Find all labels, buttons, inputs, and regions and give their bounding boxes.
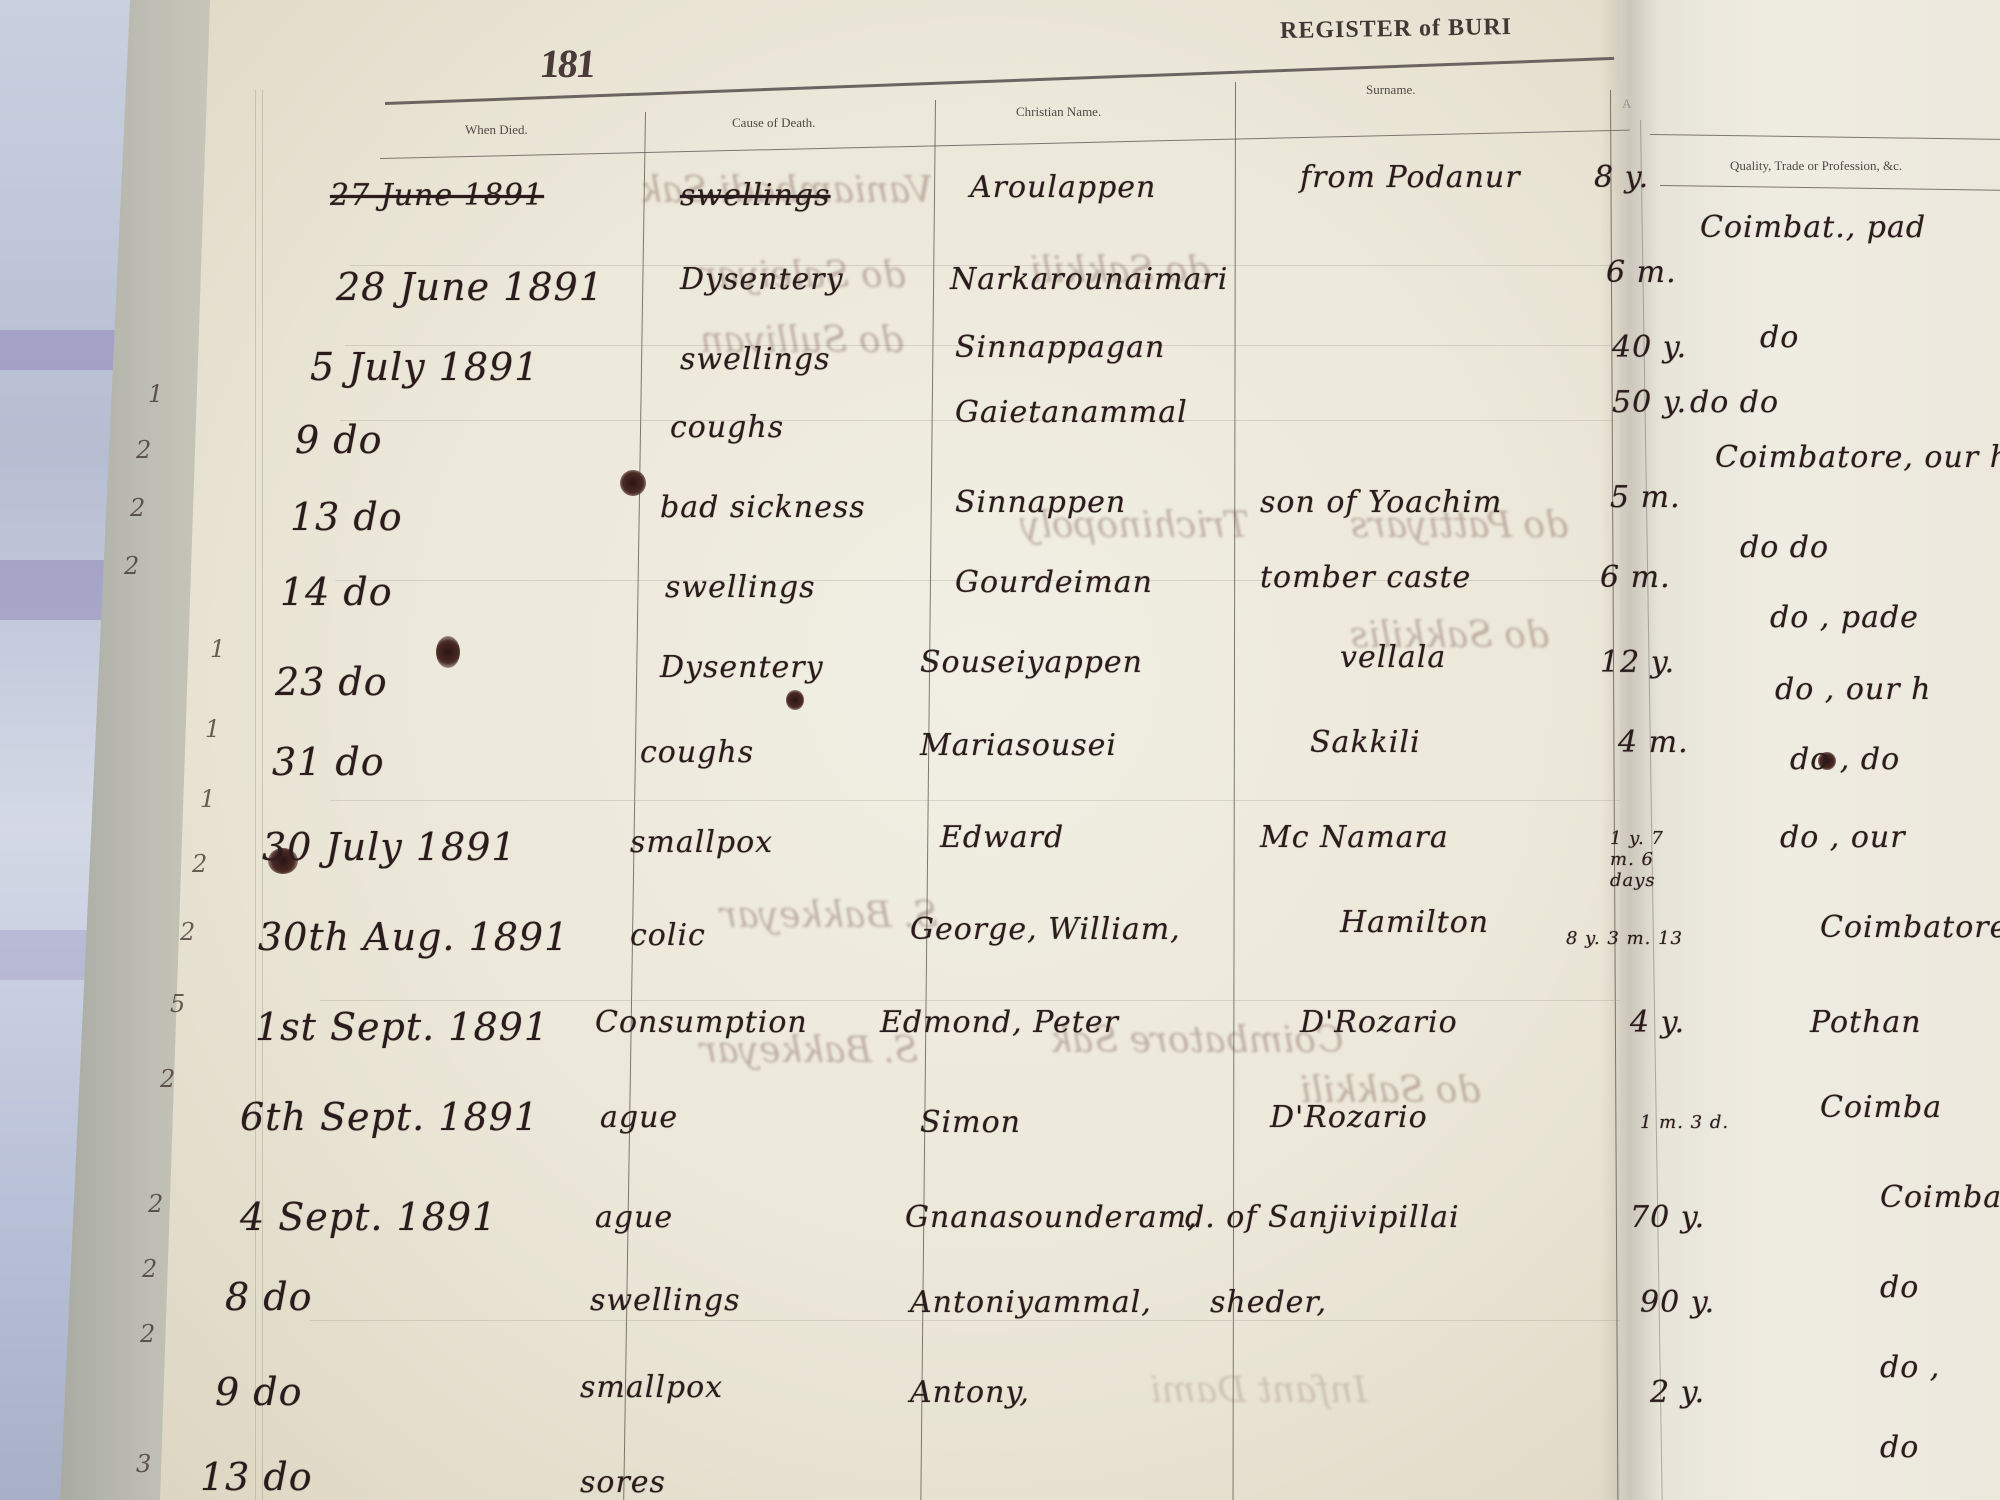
page-number: 181 xyxy=(538,40,597,87)
margin-number: 2 xyxy=(130,494,145,522)
entry-cause: ague xyxy=(595,1200,673,1235)
entry-surname: d. of Sanjivipillai xyxy=(1185,1200,1460,1235)
entry-cause: coughs xyxy=(670,410,784,445)
entry-christian-name: Gourdeiman xyxy=(955,565,1153,600)
entry-quality: do do xyxy=(1740,530,1829,565)
entry-age: 8 y. xyxy=(1594,160,1649,195)
entry-surname: Mc Namara xyxy=(1260,820,1449,855)
entry-surname: D'Rozario xyxy=(1270,1100,1428,1135)
entry-cause: swellings xyxy=(590,1283,741,1318)
entry-cause: Consumption xyxy=(595,1005,808,1040)
entry-cause: colic xyxy=(630,918,706,953)
ink-blot xyxy=(620,470,646,496)
entry-cause: smallpox xyxy=(630,825,773,860)
margin-number: 2 xyxy=(180,918,195,946)
entry-date: 1st Sept. 1891 xyxy=(255,1005,549,1049)
entry-age: 6 m. xyxy=(1606,255,1677,290)
margin-number: 1 xyxy=(200,785,215,813)
entry-cause: ague xyxy=(600,1100,678,1135)
entry-surname: Hamilton xyxy=(1340,905,1489,940)
entry-age: 8 y. 3 m. 13 xyxy=(1566,928,1683,949)
entry-age: 90 y. xyxy=(1640,1285,1715,1320)
entry-surname: son of Yoachim xyxy=(1260,485,1502,520)
entry-quality: Coimbatore, our h xyxy=(1715,440,2000,475)
entry-surname: from Podanur xyxy=(1300,160,1521,195)
entry-quality: Pothan xyxy=(1810,1005,1922,1040)
margin-number: 2 xyxy=(140,1320,155,1348)
margin-number: 2 xyxy=(136,436,151,464)
margin-number: 2 xyxy=(192,850,207,878)
entry-age: 40 y. xyxy=(1612,330,1687,365)
entry-date: 14 do xyxy=(280,570,393,614)
entry-quality: Coimba xyxy=(1820,1090,1942,1125)
entry-quality: do , pade xyxy=(1770,600,1919,635)
bleed-through-text: Infant Dami xyxy=(1150,1370,1367,1411)
entry-quality: do do xyxy=(1690,385,1779,420)
entry-date: 8 do xyxy=(225,1275,312,1319)
entry-date: 31 do xyxy=(272,740,385,784)
margin-number: 2 xyxy=(124,552,139,580)
entry-christian-name: Mariasousei xyxy=(920,728,1117,763)
entry-age: 50 y. xyxy=(1612,385,1687,420)
entry-christian-name: Simon xyxy=(920,1105,1021,1140)
entry-cause: swellings xyxy=(680,342,831,377)
entry-christian-name: Edmond, Peter xyxy=(880,1005,1119,1040)
margin-number: 1 xyxy=(210,635,225,663)
entry-cause: coughs xyxy=(640,735,754,770)
margin-number: 2 xyxy=(160,1065,175,1093)
bleed-through-text: S. Bakkeyar xyxy=(720,895,938,936)
entry-quality: do , xyxy=(1880,1350,1940,1385)
entry-christian-name: Antoniyammal, xyxy=(910,1285,1152,1320)
entry-date: 9 do xyxy=(295,418,382,462)
margin-number: 3 xyxy=(136,1450,151,1478)
entry-christian-name: Edward xyxy=(940,820,1064,855)
entry-cause: Dysentery xyxy=(680,262,844,297)
entry-quality: do xyxy=(1880,1270,1919,1305)
entry-date: 13 do xyxy=(200,1455,313,1499)
margin-number: 1 xyxy=(148,380,163,408)
row-rule xyxy=(310,1320,1620,1321)
entry-age: 1 y. 7 m. 6 days xyxy=(1610,828,1670,891)
entry-surname: Sakkili xyxy=(1310,725,1421,760)
entry-age: 2 y. xyxy=(1650,1375,1705,1410)
column-header-christian-name: Christian Name. xyxy=(1016,104,1101,120)
margin-number: 2 xyxy=(142,1255,157,1283)
margin-number: 1 xyxy=(205,715,220,743)
entry-cause: swellings xyxy=(665,570,816,605)
ink-blot xyxy=(786,690,804,710)
entry-quality: do xyxy=(1760,320,1799,355)
entry-christian-name: Narkarounaimari xyxy=(950,262,1228,297)
margin-number: 2 xyxy=(148,1190,163,1218)
row-rule xyxy=(330,800,1620,801)
column-header-age: A xyxy=(1622,96,1631,112)
column-header-quality: Quality, Trade or Profession, &c. xyxy=(1730,158,1902,174)
ink-blot xyxy=(436,636,460,668)
entry-cause: bad sickness xyxy=(660,490,866,525)
entry-quality: Coimbat., pad xyxy=(1700,210,1926,245)
entry-age: 5 m. xyxy=(1610,480,1681,515)
entry-christian-name: Gaietanammal xyxy=(955,395,1188,430)
entry-date: 9 do xyxy=(215,1370,302,1414)
entry-date: 4 Sept. 1891 xyxy=(240,1195,497,1239)
entry-surname: tomber caste xyxy=(1260,560,1471,595)
entry-age: 6 m. xyxy=(1600,560,1671,595)
entry-christian-name: Souseiyappen xyxy=(920,645,1143,680)
entry-cause: sores xyxy=(580,1465,666,1500)
entry-cause: Dysentery xyxy=(660,650,824,685)
entry-date: 30 July 1891 xyxy=(262,825,517,869)
entry-quality: Coimba xyxy=(1880,1180,2000,1215)
row-rule xyxy=(320,1000,1620,1001)
entry-quality: Coimbatore xyxy=(1820,910,2000,945)
entry-christian-name: Aroulappen xyxy=(970,170,1156,205)
entry-cause: smallpox xyxy=(580,1370,723,1405)
entry-date: 27 June 1891 xyxy=(330,178,544,213)
entry-christian-name: Sinnappen xyxy=(955,485,1126,520)
entry-date: 23 do xyxy=(275,660,388,704)
margin-number: 5 xyxy=(170,990,185,1018)
column-header-when-died: When Died. xyxy=(465,122,528,138)
column-header-surname: Surname. xyxy=(1366,82,1415,98)
entry-date: 6th Sept. 1891 xyxy=(240,1095,539,1139)
register-title: REGISTER of BURI xyxy=(1280,14,1512,45)
entry-christian-name: George, William, xyxy=(910,912,1181,947)
entry-christian-name: Gnanasounderam, xyxy=(905,1200,1198,1235)
entry-date: 13 do xyxy=(290,495,403,539)
entry-surname: sheder, xyxy=(1210,1285,1327,1320)
entry-surname: vellala xyxy=(1340,640,1446,675)
entry-date: 5 July 1891 xyxy=(310,345,539,389)
entry-quality: do , our xyxy=(1780,820,1906,855)
entry-age: 70 y. xyxy=(1630,1200,1705,1235)
entry-age: 4 y. xyxy=(1630,1005,1685,1040)
column-header-cause: Cause of Death. xyxy=(732,115,815,131)
entry-cause: swellings xyxy=(680,178,831,213)
entry-date: 30th Aug. 1891 xyxy=(258,915,569,959)
entry-quality: do xyxy=(1880,1430,1919,1465)
entry-quality: do , do xyxy=(1790,742,1900,777)
entry-date: 28 June 1891 xyxy=(336,265,604,309)
entry-quality: do , our h xyxy=(1775,672,1931,707)
entry-christian-name: Antony, xyxy=(910,1375,1030,1410)
entry-christian-name: Sinnappagan xyxy=(955,330,1165,365)
entry-age: 12 y. xyxy=(1600,645,1675,680)
entry-age: 1 m. 3 d. xyxy=(1640,1112,1729,1133)
entry-surname: D'Rozario xyxy=(1300,1005,1458,1040)
entry-age: 4 m. xyxy=(1618,725,1689,760)
